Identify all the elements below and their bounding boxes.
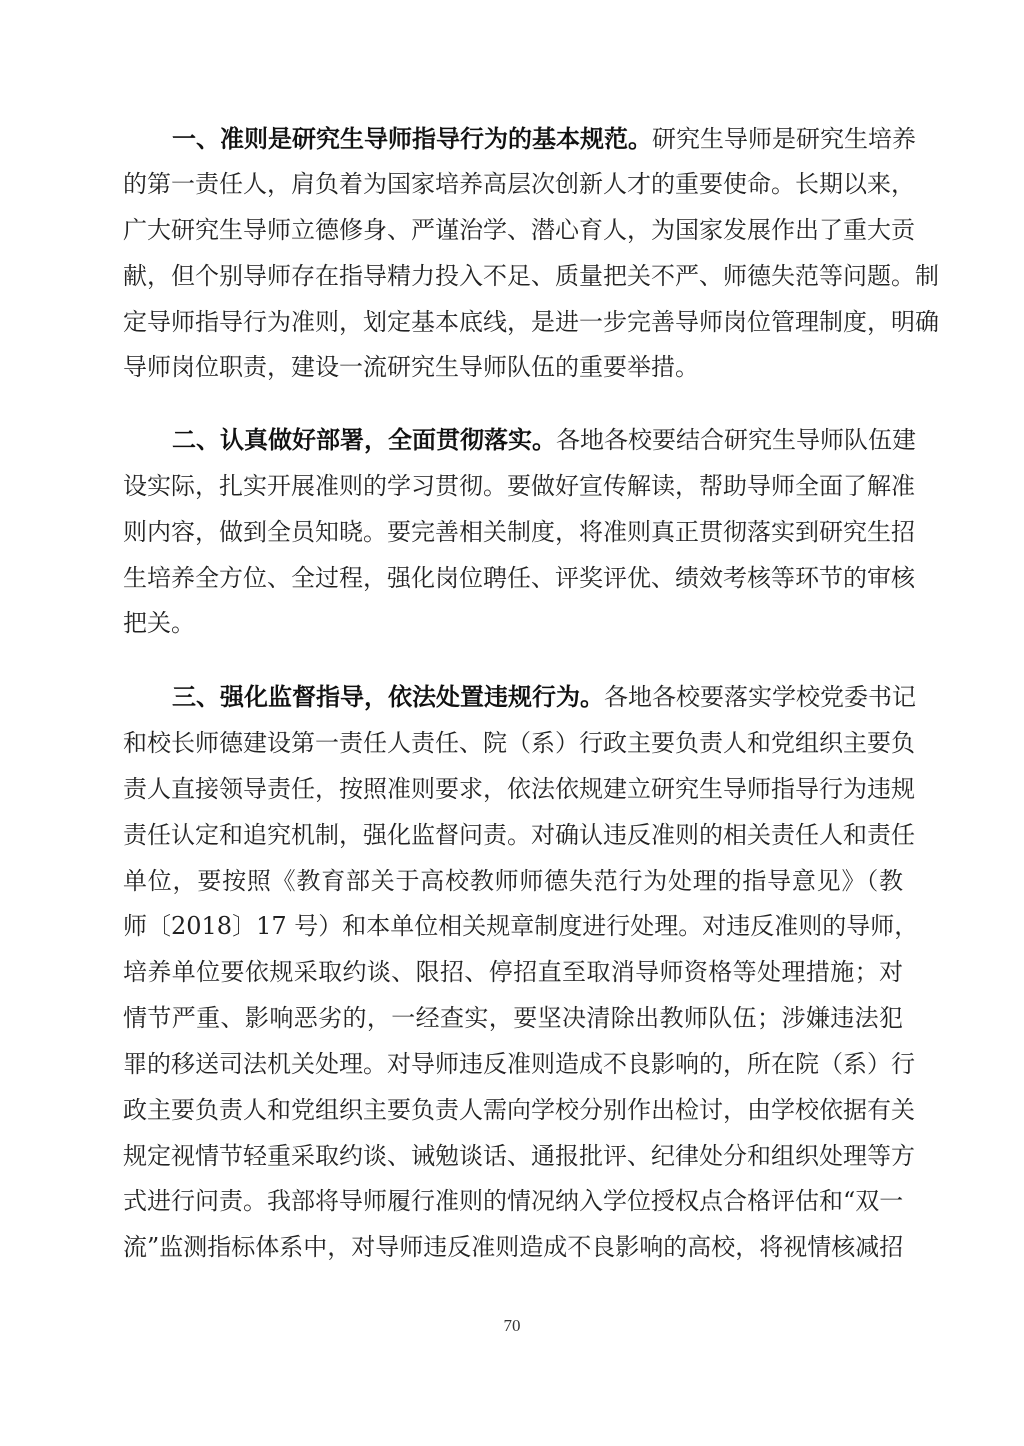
paragraph-line: 规定视情节轻重采取约谈、诫勉谈话、通报批评、纪律处分和组织处理等方 — [123, 1139, 903, 1173]
paragraph-line: 流”监测指标体系中，对导师违反准则造成不良影响的高校，将视情核减招 — [123, 1230, 903, 1264]
paragraph-line: 政主要负责人和党组织主要负责人需向学校分别作出检讨，由学校依据有关 — [123, 1093, 903, 1127]
paragraph-line: 生培养全方位、全过程，强化岗位聘任、评奖评优、绩效考核等环节的审核 — [123, 561, 903, 595]
paragraph-line: 责人直接领导责任，按照准则要求，依法依规建立研究生导师指导行为违规 — [123, 772, 903, 806]
paragraph-line: 二、认真做好部署，全面贯彻落实。各地各校要结合研究生导师队伍建 — [172, 423, 903, 457]
paragraph-line: 设实际，扎实开展准则的学习贯彻。要做好宣传解读，帮助导师全面了解准 — [123, 469, 903, 503]
paragraph-text: 各地各校要结合研究生导师队伍建 — [556, 426, 916, 454]
paragraph-line: 情节严重、影响恶劣的，一经查实，要坚决清除出教师队伍；涉嫌违法犯 — [123, 1001, 903, 1035]
page-number: 70 — [0, 1316, 1024, 1336]
paragraph-text: 研究生导师是研究生培养 — [652, 125, 916, 153]
paragraph-line: 三、强化监督指导，依法处置违规行为。各地各校要落实学校党委书记 — [172, 680, 903, 714]
paragraph-text: 各地各校要落实学校党委书记 — [604, 683, 916, 711]
paragraph-line: 罪的移送司法机关处理。对导师违反准则造成不良影响的，所在院（系）行 — [123, 1047, 903, 1081]
paragraph-line: 一、准则是研究生导师指导行为的基本规范。研究生导师是研究生培养 — [172, 122, 903, 156]
paragraph-line: 则内容，做到全员知晓。要完善相关制度，将准则真正贯彻落实到研究生招 — [123, 515, 903, 549]
paragraph-line: 把关。 — [123, 606, 903, 640]
paragraph-line: 培养单位要依规采取约谈、限招、停招直至取消导师资格等处理措施；对 — [123, 955, 903, 989]
paragraph-line: 师〔2018〕17 号）和本单位相关规章制度进行处理。对违反准则的导师， — [123, 909, 903, 943]
paragraph-line: 单位，要按照《教育部关于高校教师师德失范行为处理的指导意见》（教 — [123, 864, 903, 898]
paragraph-line: 导师岗位职责，建设一流研究生导师队伍的重要举措。 — [123, 350, 903, 384]
document-page: 一、准则是研究生导师指导行为的基本规范。研究生导师是研究生培养 的第一责任人，肩… — [0, 0, 1024, 1446]
paragraph-heading: 一、准则是研究生导师指导行为的基本规范。 — [172, 124, 652, 153]
paragraph-line: 责任认定和追究机制，强化监督问责。对确认违反准则的相关责任人和责任 — [123, 818, 903, 852]
paragraph-line: 和校长师德建设第一责任人责任、院（系）行政主要负责人和党组织主要负 — [123, 726, 903, 760]
paragraph-line: 献，但个别导师存在指导精力投入不足、质量把关不严、师德失范等问题。制 — [123, 259, 903, 293]
paragraph-heading: 三、强化监督指导，依法处置违规行为。 — [172, 682, 604, 711]
paragraph-heading: 二、认真做好部署，全面贯彻落实。 — [172, 425, 556, 454]
paragraph-line: 的第一责任人，肩负着为国家培养高层次创新人才的重要使命。长期以来， — [123, 167, 903, 201]
paragraph-line: 定导师指导行为准则，划定基本底线，是进一步完善导师岗位管理制度，明确 — [123, 305, 903, 339]
paragraph-line: 广大研究生导师立德修身、严谨治学、潜心育人，为国家发展作出了重大贡 — [123, 213, 903, 247]
paragraph-line: 式进行问责。我部将导师履行准则的情况纳入学位授权点合格评估和“双一 — [123, 1184, 903, 1218]
